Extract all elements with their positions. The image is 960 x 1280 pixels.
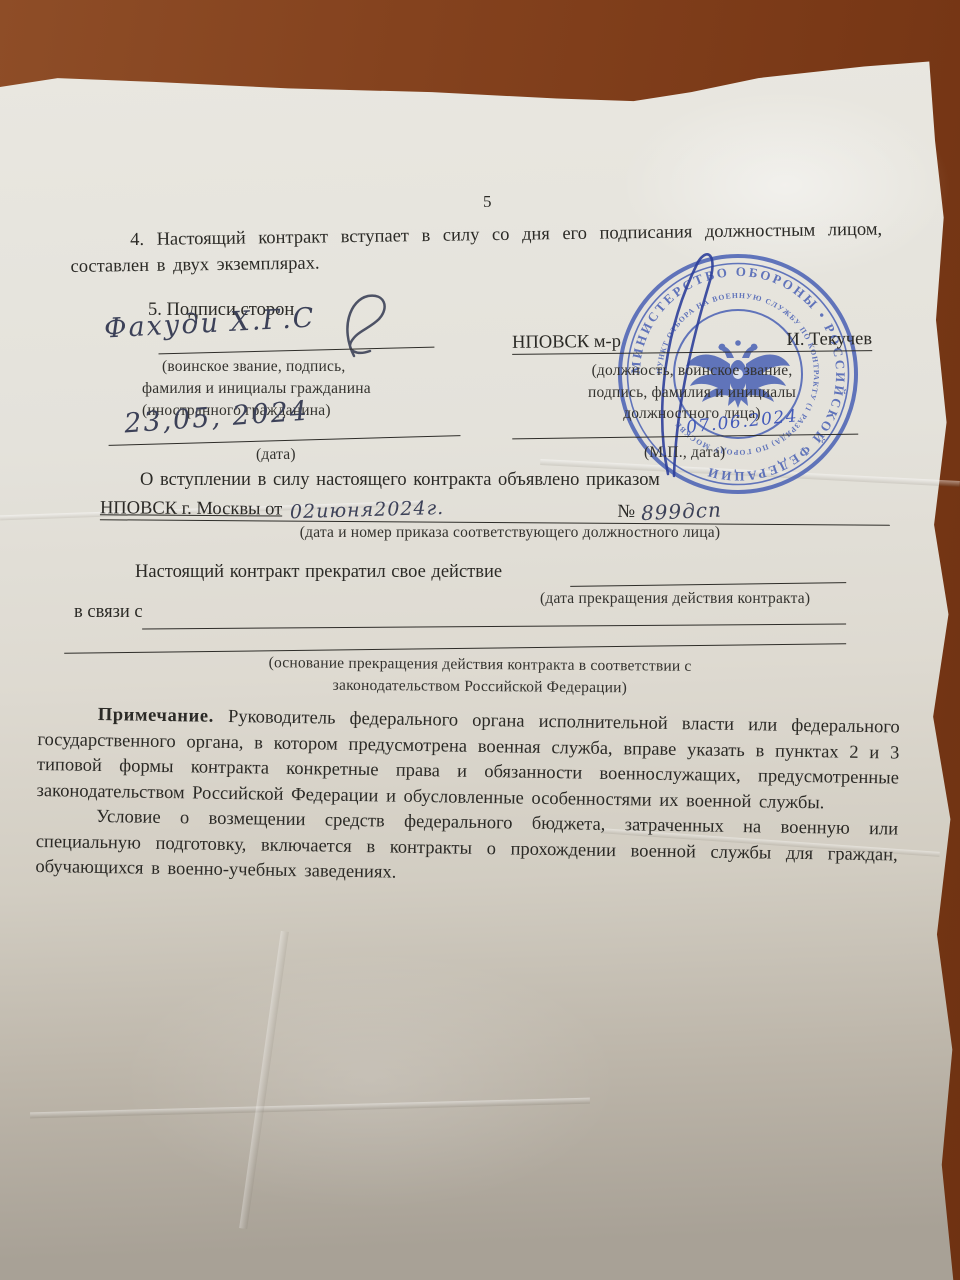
citizen-caption-line2: фамилия и инициалы гражданина — [142, 378, 478, 400]
official-date-caption: (М.П., дата) — [644, 444, 725, 462]
order-line2: НПОВСК г. Москвы от 02июня2024г. № 899дс… — [100, 487, 890, 526]
note-label: Примечание. — [98, 705, 214, 727]
official-name-text: И. Текучев — [786, 329, 872, 351]
termination-caption2: (основание прекращения действия контракт… — [200, 652, 760, 700]
official-caption-line1: (должность, воинское звание, — [512, 360, 872, 382]
order-line2-prefix: НПОВСК г. Москвы от — [100, 498, 282, 520]
order-number-sign: № — [617, 502, 635, 523]
citizen-caption-line1: (воинское звание, подпись, — [142, 356, 478, 378]
notes-block: Примечание. Руководитель федерального ор… — [35, 702, 900, 894]
termination-date-line — [570, 550, 846, 587]
termination-line1: Настоящий контракт прекратил свое действ… — [135, 562, 502, 583]
order-caption: (дата и номер приказа соответствующего д… — [255, 524, 765, 542]
official-stamp-date-line — [512, 398, 858, 440]
citizen-date-caption: (дата) — [256, 446, 296, 464]
order-handwritten-date: 02июня2024г. — [290, 497, 445, 523]
note-paragraph-2: Условие о возмещении средств федеральног… — [35, 804, 898, 894]
photo-of-contract-page: 5 4. Настоящий контракт вступает в силу … — [0, 0, 960, 1280]
note-paragraph-1: Примечание. Руководитель федерального ор… — [36, 702, 899, 818]
citizen-signature-line — [158, 309, 435, 355]
official-signature-line: НПОВСК м-р И. Текучев — [512, 314, 872, 355]
official-position-text: НПОВСК м-р — [512, 332, 621, 354]
order-handwritten-number: 899дсп — [641, 497, 723, 525]
page-number: 5 — [483, 192, 492, 212]
